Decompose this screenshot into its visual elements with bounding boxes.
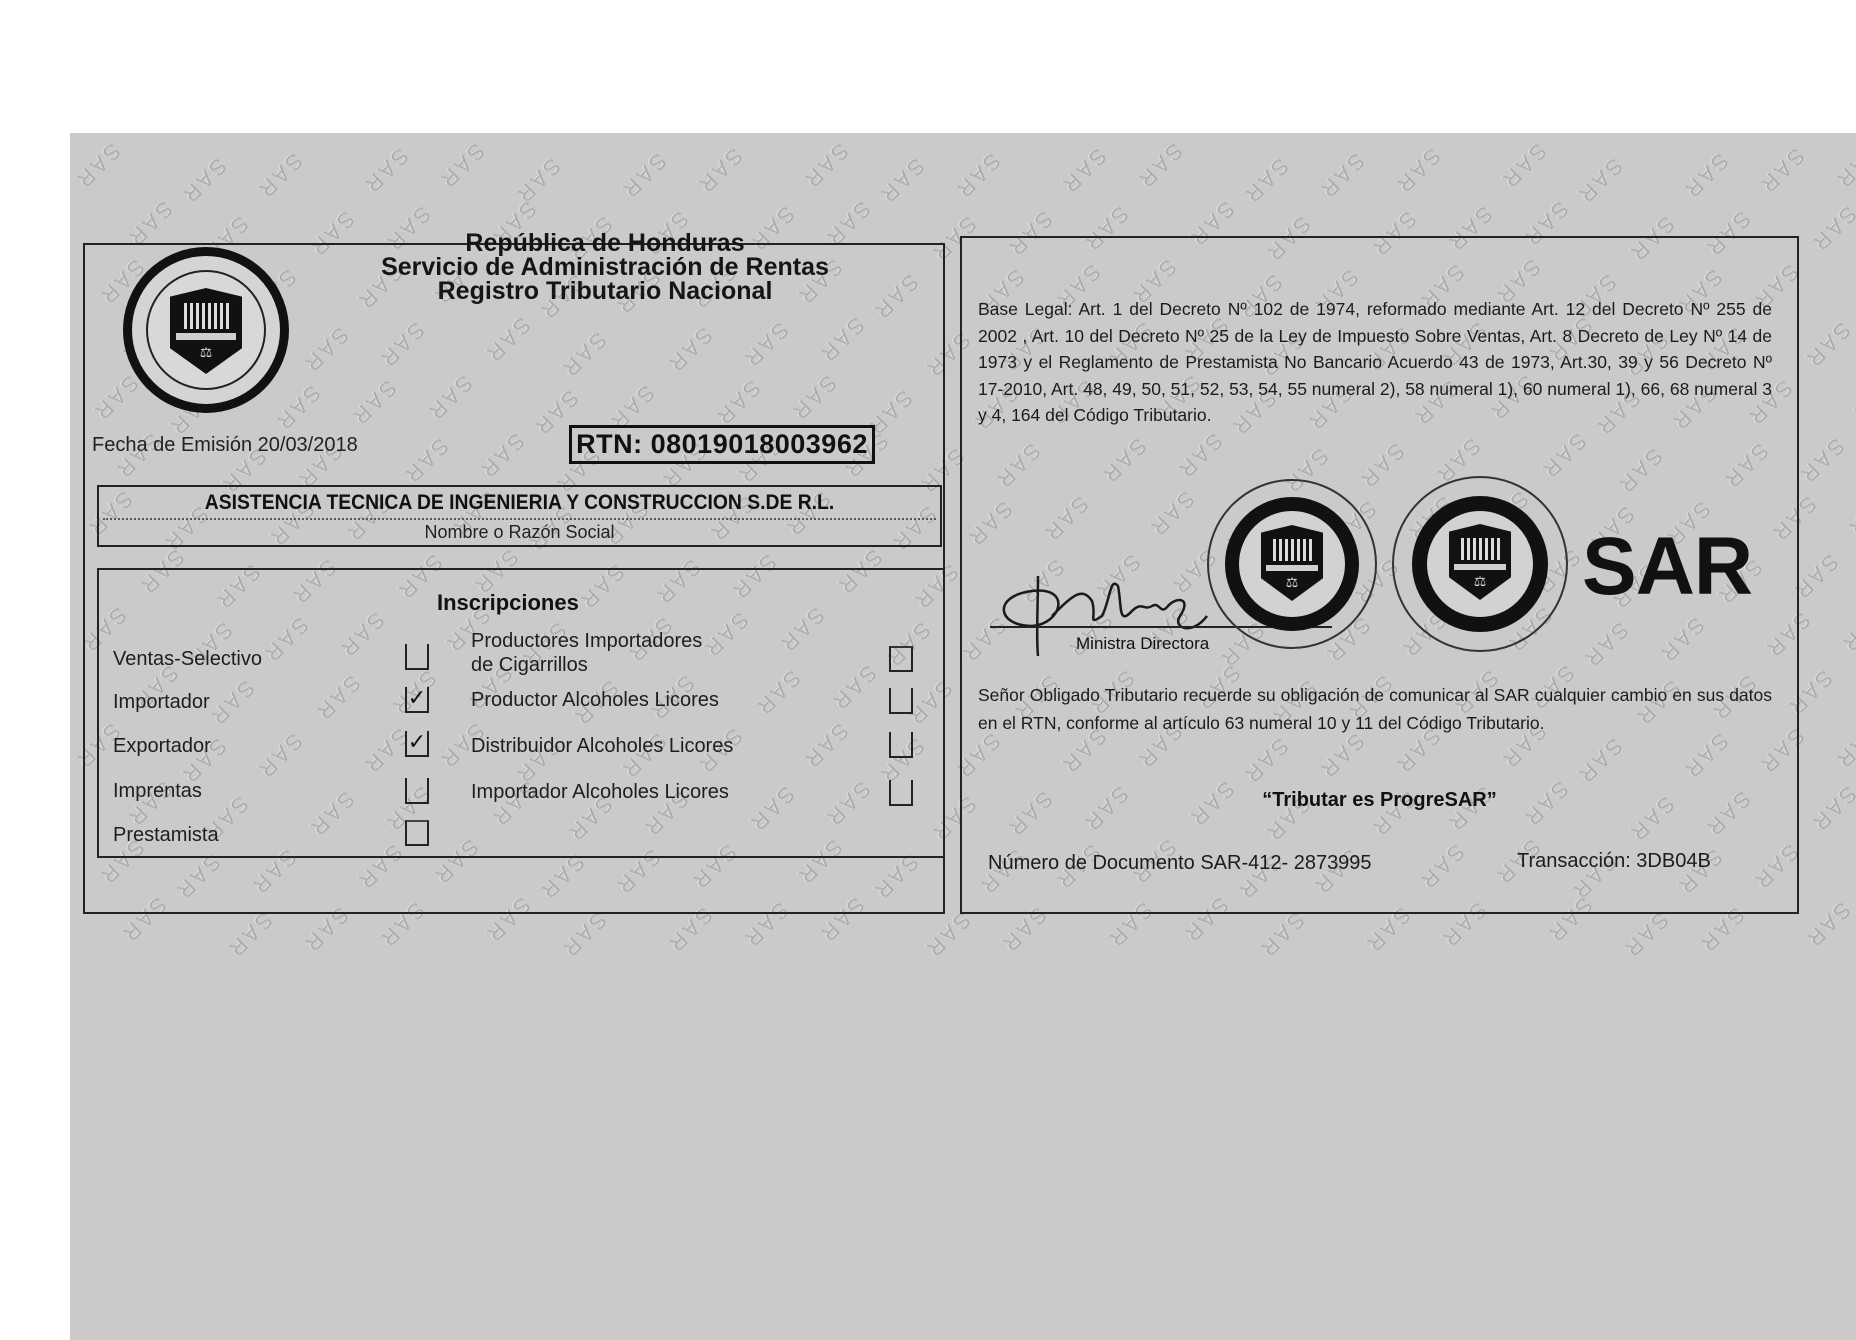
watermark-text: SAR [1495, 138, 1552, 195]
inscription-label-ventas-selectivo: Ventas-Selectivo [113, 648, 262, 671]
watermark-text: SAR [221, 907, 278, 964]
watermark-text: SAR [1237, 153, 1294, 210]
watermark-text: SAR [509, 153, 566, 210]
watermark-text: SAR [1793, 433, 1850, 490]
header-service: Servicio de Administración de Rentas [365, 255, 845, 279]
watermark-text: SAR [615, 148, 672, 205]
checkbox-ventas-selectivo[interactable] [405, 644, 429, 670]
sar-logo: SAR [1582, 520, 1752, 614]
watermark-text: SAR [1571, 153, 1628, 210]
checkbox-importador[interactable]: ✓ [405, 687, 429, 713]
taxpayer-name-caption: Nombre o Razón Social [99, 522, 940, 543]
inscription-label-productores-cigarrillos-2: de Cigarrillos [471, 654, 588, 677]
inscription-label-distribuidor-alcoholes: Distribuidor Alcoholes Licores [471, 735, 733, 758]
checkbox-productores-cigarrillos[interactable] [889, 646, 913, 672]
watermark-text: SAR [1055, 143, 1112, 200]
watermark-text: SAR [1805, 781, 1856, 838]
inscription-label-exportador: Exportador [113, 735, 211, 758]
inscription-label-importador: Importador [113, 691, 210, 714]
watermark-text: SAR [251, 148, 308, 205]
watermark-text: SAR [1131, 138, 1188, 195]
watermark-text: SAR [949, 148, 1006, 205]
inscription-label-productores-cigarrillos-1: Productores Importadores [471, 630, 702, 653]
checkbox-distribuidor-alcoholes[interactable] [889, 732, 913, 758]
stamp-asistencia-cumplimiento: ⚖ [1392, 476, 1568, 652]
watermark-text: SAR [1313, 148, 1370, 205]
watermark-text: SAR [175, 153, 232, 210]
watermark-text: SAR [1805, 201, 1856, 258]
document-number: Número de Documento SAR-412- 2873995 [988, 852, 1372, 875]
watermark-text: SAR [1799, 317, 1856, 374]
rtn-certificate-left-panel: ⚖ República de Honduras Servicio de Admi… [83, 243, 945, 914]
watermark-text: SAR [919, 907, 976, 964]
watermark-text: SAR [1829, 138, 1856, 195]
rtn-number: RTN: 08019018003962 [569, 425, 875, 464]
watermark-text: SAR [1799, 897, 1856, 954]
checkbox-productor-alcoholes[interactable] [889, 688, 913, 714]
inscription-label-imprentas: Imprentas [113, 780, 202, 803]
checkbox-importador-alcoholes[interactable] [889, 780, 913, 806]
inscription-label-productor-alcoholes: Productor Alcoholes Licores [471, 689, 719, 712]
inscriptions-title: Inscripciones [437, 590, 579, 616]
watermark-text: SAR [1389, 143, 1446, 200]
dotted-divider [103, 518, 936, 520]
watermark-text: SAR [555, 907, 612, 964]
stamp-ministra-directora: ⚖ [1207, 479, 1377, 649]
watermark-text: SAR [357, 143, 414, 200]
checkbox-imprentas[interactable] [405, 778, 429, 804]
legal-basis-text: Base Legal: Art. 1 del Decreto Nº 102 de… [978, 296, 1772, 429]
watermark-text: SAR [1841, 486, 1856, 543]
checkbox-prestamista[interactable] [405, 820, 429, 846]
signature-caption: Ministra Directora [1076, 634, 1209, 654]
issue-date: Fecha de Emisión 20/03/2018 [92, 434, 358, 457]
checkbox-exportador[interactable]: ✓ [405, 731, 429, 757]
taxpayer-name: ASISTENCIA TECNICA DE INGENIERIA Y CONST… [133, 491, 907, 515]
inscriptions-box: Inscripciones Ventas-Selectivo Importado… [97, 568, 945, 858]
watermark-text: SAR [1829, 718, 1856, 775]
watermark-text: SAR [1677, 148, 1734, 205]
watermark-text: SAR [433, 138, 490, 195]
slogan: “Tributar es ProgreSAR” [962, 789, 1797, 812]
watermark-text: SAR [797, 138, 854, 195]
watermark-text: SAR [873, 153, 930, 210]
inscription-label-importador-alcoholes: Importador Alcoholes Licores [471, 781, 729, 804]
watermark-text: SAR [1753, 143, 1810, 200]
watermark-text: SAR [691, 143, 748, 200]
watermark-text: SAR [1835, 602, 1856, 659]
transaction-code: Transacción: 3DB04B [1517, 850, 1711, 873]
header-registry: Registro Tributario Nacional [385, 279, 825, 303]
watermark-text: SAR [70, 138, 125, 195]
watermark-text: SAR [1847, 370, 1856, 427]
watermark-text: SAR [1253, 907, 1310, 964]
taxpayer-name-box: ASISTENCIA TECNICA DE INGENIERIA Y CONST… [97, 485, 942, 547]
taxpayer-notice: Señor Obligado Tributario recuerde su ob… [978, 681, 1772, 737]
watermark-text: SAR [1617, 907, 1674, 964]
header-republic: República de Honduras [385, 231, 825, 255]
inscription-label-prestamista: Prestamista [113, 824, 219, 847]
rtn-certificate-right-panel: Base Legal: Art. 1 del Decreto Nº 102 de… [960, 236, 1799, 914]
sar-seal-logo: ⚖ [123, 247, 289, 413]
